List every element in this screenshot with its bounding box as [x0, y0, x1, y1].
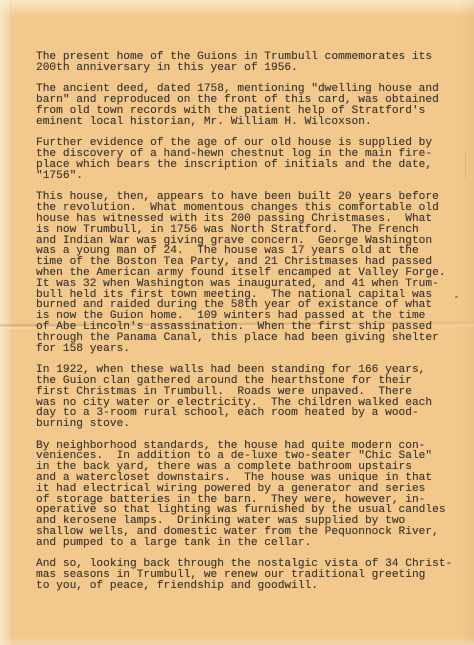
text-line: through the Panama Canal, this place had… — [36, 333, 456, 344]
text-line: first Christmas in Trumbull. Roads were … — [36, 387, 456, 398]
paper-bottom-edge — [0, 637, 474, 645]
scanned-letter-page: The present home of the Guions in Trumbu… — [0, 0, 474, 645]
document-body: The present home of the Guions in Trumbu… — [36, 52, 456, 592]
paragraph-6: By neighborhood standards, the house had… — [36, 441, 456, 549]
paper-scratch — [465, 152, 466, 178]
text-line: and pumped to a large tank in the cellar… — [36, 538, 456, 549]
text-line: to you, of peace, friendship and goodwil… — [36, 581, 456, 592]
paragraph-7: And so, looking back through the nostalg… — [36, 559, 456, 591]
text-line: for 158 years. — [36, 344, 456, 355]
text-line: is now Trumbull, in 1756 was North Strat… — [36, 225, 456, 236]
text-line: burning stove. — [36, 419, 456, 430]
paper-right-edge — [460, 0, 474, 645]
paragraph-4: This house, then, appears to have been b… — [36, 192, 456, 354]
paragraph-5: In 1922, when these walls had been stand… — [36, 365, 456, 430]
text-line: 200th anniversary in this year of 1956. — [36, 63, 456, 74]
paragraph-1: The present home of the Guions in Trumbu… — [36, 52, 456, 74]
text-line: place which bears the inscription of ini… — [36, 160, 456, 171]
text-line: It was 32 when Washington was inaugurate… — [36, 279, 456, 290]
text-line: eminent local historian, Mr. William H. … — [36, 117, 456, 128]
paragraph-3: Further evidence of the age of our old h… — [36, 138, 456, 181]
paragraph-2: The ancient deed, dated 1758, mentioning… — [36, 84, 456, 127]
paper-left-edge — [0, 0, 11, 645]
text-line: "1756". — [36, 171, 456, 182]
paper-top-edge — [0, 0, 474, 16]
